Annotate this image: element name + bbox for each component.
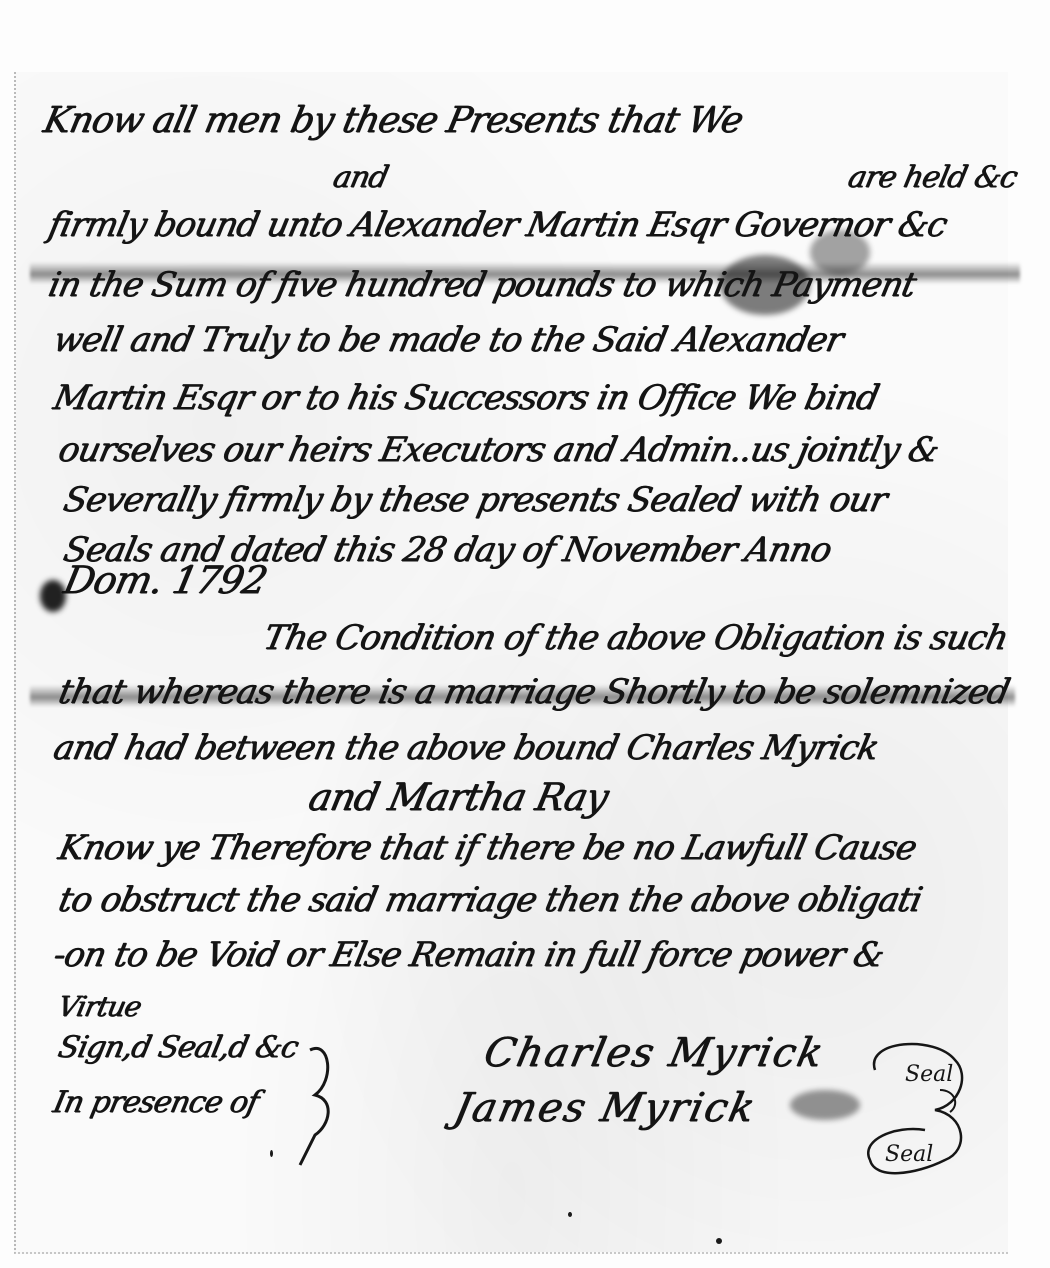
speck xyxy=(270,1150,273,1157)
text-line-12: The Condition of the above Obligation is… xyxy=(260,618,1011,658)
speck xyxy=(568,1212,572,1217)
seal-label-2: Seal xyxy=(885,1142,933,1167)
attestation-line-1: Sign,d Seal,d &c xyxy=(55,1030,301,1065)
text-line-4: firmly bound unto Alexander Martin Esqr … xyxy=(45,205,950,245)
attestation-line-2: In presence of xyxy=(50,1085,261,1120)
text-line-19: Virtue xyxy=(55,990,144,1023)
text-line-8: ourselves our heirs Executors and Admin.… xyxy=(55,430,942,470)
text-line-17: to obstruct the said marriage then the a… xyxy=(55,880,925,920)
text-line-14: and had between the above bound Charles … xyxy=(50,728,882,768)
speck xyxy=(716,1238,722,1244)
text-line-16: Know ye Therefore that if there be no La… xyxy=(55,828,920,868)
signature-james-myrick: James Myrick xyxy=(450,1085,761,1131)
scanned-page: Know all men by these Presents that We a… xyxy=(0,0,1050,1268)
text-line-9: Severally firmly by these presents Seale… xyxy=(60,480,890,520)
text-line-7: Martin Esqr or to his Successors in Offi… xyxy=(50,378,882,418)
text-line-13: that whereas there is a marriage Shortly… xyxy=(55,672,1013,712)
text-line-6: well and Truly to be made to the Said Al… xyxy=(50,320,846,360)
text-line-15: and Martha Ray xyxy=(305,775,612,819)
seal-flourish xyxy=(845,1030,985,1200)
brace-flourish xyxy=(290,1040,360,1170)
text-line-18: -on to be Void or Else Remain in full fo… xyxy=(50,935,887,975)
text-line-2: and xyxy=(330,160,391,195)
text-line-5: in the Sum of five hundred pounds to whi… xyxy=(45,265,919,305)
text-line-11: Dom. 1792 xyxy=(60,558,271,602)
text-line-1: Know all men by these Presents that We xyxy=(40,100,746,141)
signature-charles-myrick: Charles Myrick xyxy=(480,1030,829,1076)
seal-label-1: Seal xyxy=(905,1062,953,1087)
text-line-3: are held &c xyxy=(845,160,1020,195)
